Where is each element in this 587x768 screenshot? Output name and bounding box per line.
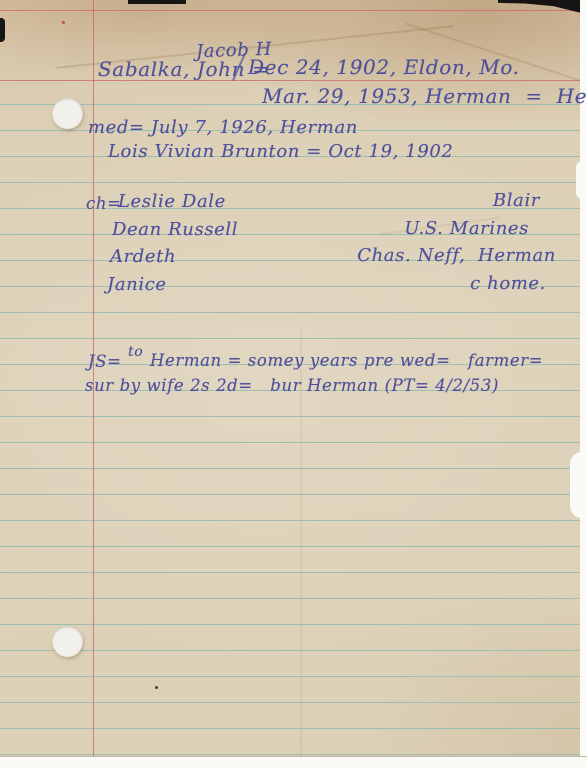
child-name: Dean Russell — [112, 219, 238, 240]
footnote-abbrev: JS= — [88, 352, 122, 371]
torn-right-edge-notch — [570, 452, 584, 518]
ruled-line-red-top — [0, 10, 587, 11]
entry-spouse: Lois Vivian Brunton = Oct 19, 1902 — [108, 141, 453, 162]
child-name: Janice — [107, 274, 167, 295]
hole-punch-top — [52, 98, 83, 129]
red-speck — [62, 21, 65, 24]
entry-name: Sabalka, John = — [98, 57, 269, 81]
scanned-note-page: Jacob H Sabalka, John = Dec 24, 1902, El… — [0, 0, 587, 768]
child-note: c home. — [470, 273, 546, 294]
child-name: Leslie Dale — [118, 191, 226, 212]
entry-death-facts: Mar. 29, 1953, Herman = Her — [262, 84, 587, 108]
torn-right-edge — [580, 0, 587, 768]
dark-speck — [155, 686, 158, 689]
page-bottom-edge — [0, 756, 587, 768]
entry-marriage: med= July 7, 1926, Herman — [88, 117, 358, 138]
footnote-line1: Herman = somey years pre wed= farmer= — [150, 351, 543, 370]
footnote-line2: sur by wife 2s 2d= bur Herman (PT= 4/2/5… — [85, 376, 499, 395]
footnote-insert-word: to — [128, 344, 143, 360]
entry-birth-facts: Dec 24, 1902, Eldon, Mo. — [248, 55, 520, 79]
ruled-line-red-head — [0, 80, 587, 81]
torn-right-edge-notch — [576, 160, 585, 200]
scanner-edge-sliver — [0, 18, 5, 42]
child-note: Blair — [493, 190, 540, 211]
child-note: U.S. Marines — [404, 218, 529, 239]
scanner-edge-corner — [498, 0, 587, 16]
children-prefix: ch= — [86, 194, 122, 213]
child-note: Chas. Neff, Herman — [357, 245, 556, 266]
child-name: Ardeth — [110, 246, 176, 267]
hole-punch-bottom — [52, 626, 83, 657]
scanner-edge-strip — [128, 0, 186, 4]
